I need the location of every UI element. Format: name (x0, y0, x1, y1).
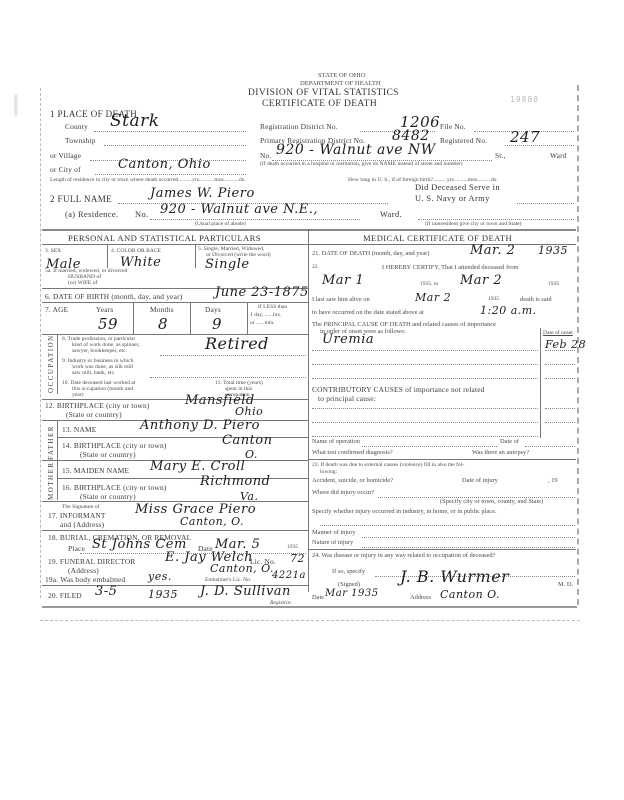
ward-label: Ward (550, 151, 567, 160)
operation-label: Name of operation (312, 438, 360, 445)
personal-section-title: PERSONAL AND STATISTICAL PARTICULARS (68, 233, 261, 243)
father-side-label: FATHER (47, 425, 55, 460)
city-label: or City of (50, 165, 81, 174)
file-no-stamp: 19888 (510, 95, 539, 104)
occupation-side-label: OCCUPATION (47, 334, 55, 393)
less-label-3: or ......min. (250, 320, 275, 326)
nature-label: Nature of injury (312, 539, 353, 546)
birthplace-label: 12. BIRTHPLACE (city or town) (45, 401, 150, 410)
header-state: STATE OF OHIO (318, 72, 365, 79)
operation-date-label: Date of (500, 438, 519, 445)
trade-value: Retired (205, 334, 269, 353)
city-value: Canton, Ohio (118, 157, 211, 172)
village-label: or Village (50, 151, 81, 160)
marital-value: Single (205, 257, 250, 272)
registered-no-value: 247 (510, 128, 540, 146)
military-q1: Did Deceased Serve in (415, 183, 500, 192)
where-note: (Specify city or town, county, and State… (440, 498, 543, 505)
embalmer-lic-label: Embalmer's Lic. No. (205, 577, 251, 583)
birthplace-state-value: Ohio (235, 405, 263, 418)
manner-label: Manner of injury (312, 529, 356, 536)
burial-year: 1935 (287, 544, 298, 550)
mother-name-value: Mary E. Croll (150, 459, 245, 474)
embalmed-value: yes. (148, 570, 172, 583)
months-label: Months (150, 305, 174, 314)
township-label: Township (65, 136, 96, 145)
filed-label: 20. FILED (48, 591, 82, 600)
where-label: Where did injury occur? (312, 489, 374, 496)
father-bp-label: 14. BIRTHPLACE (city or town) (62, 441, 167, 450)
date-label: Date (312, 594, 324, 601)
full-name-label: 2 FULL NAME (50, 194, 112, 204)
street-no-label: No. (260, 151, 271, 160)
mother-name-label: 15. MAIDEN NAME (62, 466, 129, 475)
county-label: County (65, 122, 88, 131)
funeral-address-label: (Address) (68, 566, 99, 575)
time-of-death: 1:20 a.m. (480, 304, 537, 317)
principal-cause: Uremia (322, 332, 374, 347)
medical-section-title: MEDICAL CERTIFICATE OF DEATH (363, 233, 512, 243)
certify-num: 22. (312, 264, 319, 270)
md-label: M. D. (558, 581, 573, 588)
less-label-2: 1 day, ......hrs. (250, 312, 281, 318)
burial-place-label: Place (68, 544, 85, 553)
external-label-1: 23. If death was due to external causes … (312, 462, 464, 468)
funeral-address-value: Canton, O. (210, 562, 274, 575)
header-division: DIVISION OF VITAL STATISTICS (248, 88, 399, 98)
age-label: 7. AGE (45, 305, 68, 314)
st-label: St., (495, 151, 506, 160)
filed-year: 1935 (148, 588, 178, 601)
specify-label: Specify whether injury occurred in indus… (312, 508, 497, 515)
last-worked-label-3: year) (72, 392, 84, 398)
attended-to: Mar 2 (460, 273, 502, 288)
full-name-value: James W. Piero (150, 186, 255, 201)
trade-label-3: sawyer, bookkeeper, etc. (72, 348, 127, 354)
county-value: Stark (110, 111, 160, 131)
mother-side-label: MOTHER (47, 461, 55, 500)
residence-value: 920 - Walnut ave N.E., (160, 202, 318, 217)
mother-bp-state-label: (State or country) (80, 492, 136, 501)
attended-from-year: 1935, to (420, 281, 438, 287)
dod-value: Mar. 2 (470, 243, 515, 258)
last-saw-value: Mar 2 (415, 291, 451, 304)
informant-label-2: 17. INFORMANT (48, 511, 106, 520)
industry-label-3: saw mill, bank, etc. (72, 370, 116, 376)
cause-label-1: The PRINCIPAL CAUSE OF DEATH and related… (312, 321, 496, 328)
attended-to-year: 1935 (548, 281, 559, 287)
nonresident-note: (If nonresident give city or town and St… (425, 221, 521, 227)
reg-district-label: Registration District No. (260, 122, 338, 131)
test-label: What test confirmed diagnosis? (312, 449, 393, 456)
informant-label-3: and (Address) (60, 520, 104, 529)
autopsy-label: Was there an autopsy? (472, 449, 529, 456)
occupation-related-label: 24. Was disease or injury in any way rel… (312, 552, 495, 559)
last-saw-label: I last saw him alive on (312, 296, 370, 303)
father-bp-value: Canton (222, 433, 273, 448)
age-days-value: 9 (212, 315, 222, 333)
spouse-label-3: (or) WIFE of (68, 280, 97, 286)
external-label-2: lowing: (320, 469, 337, 475)
street-value: 920 - Walnut ave NW (276, 142, 436, 158)
residence-label: (a) Residence. (65, 210, 119, 219)
sex-label: 3. SEX (45, 248, 61, 254)
registered-no-label: Registered No. (440, 136, 487, 145)
if-so-label: If so, specify (332, 568, 365, 575)
certify-text: I HEREBY CERTIFY, That I attended deceas… (382, 264, 519, 271)
dod-year: 1935 (538, 244, 568, 257)
dob-value: June 23-1875 (215, 285, 309, 300)
hospital-note: (If death occurred in a hospital or inst… (260, 161, 463, 167)
file-no-label: File No. (440, 122, 466, 131)
days-label: Days (205, 305, 221, 314)
physician-signature: J. B. Wurmer (400, 567, 509, 586)
dod-label: 21. DATE OF DEATH (month, day, and year) (312, 250, 429, 257)
registrar-signature: J. D. Sullivan (200, 584, 291, 599)
injury-date-label: Date of injury (462, 477, 498, 484)
embalmer-lic-value: 4221a (272, 570, 306, 581)
informant-label-1: The Signature of (62, 504, 100, 510)
sign-date: Mar 1935 (325, 588, 379, 599)
death-said: death is said (520, 296, 552, 303)
left-edge (40, 88, 41, 598)
father-bp-state-label: (State or country) (80, 450, 136, 459)
address-label: Address (410, 594, 431, 601)
signed-label: (Signed) (338, 581, 360, 588)
funeral-label: 19. FUNERAL DIRECTOR (48, 557, 136, 566)
filed-date-value: 3-5 (95, 584, 117, 599)
accident-label: Accident, suicide, or homicide? (312, 477, 393, 484)
injury-year-label: , 19 (548, 477, 558, 484)
years-label: Years (96, 305, 114, 314)
contributory-label-1: CONTRIBUTORY CAUSES of importance not re… (312, 385, 485, 394)
last-saw-year: 1935 (488, 296, 499, 302)
header-title: CERTIFICATE OF DEATH (262, 99, 377, 109)
attended-from: Mar 1 (322, 273, 364, 288)
father-name-value: Anthony D. Piero (140, 418, 260, 433)
dob-label: 6. DATE OF BIRTH (month, day, and year) (45, 292, 182, 301)
race-label: 4. COLOR OR RACE (111, 248, 161, 254)
less-label-1: If LESS than (258, 304, 287, 310)
occurred-label: to have occurred on the date stated abov… (312, 309, 424, 316)
age-months-value: 8 (158, 315, 168, 333)
embalmed-label: 19a. Was body embalmed (45, 575, 125, 584)
residence-no: No. (135, 210, 149, 219)
ward-label-2: Ward. (380, 210, 402, 219)
military-q2: U. S. Navy or Army (415, 194, 490, 203)
contributory-label-2: to principal cause: (318, 394, 376, 403)
physician-address: Canton O. (440, 588, 500, 601)
age-years-value: 59 (98, 315, 118, 333)
usual-place: (Usual place of abode) (195, 221, 246, 227)
informant-address: Canton, O. (180, 515, 244, 528)
mother-bp-label: 16. BIRTHPLACE (city or town) (62, 483, 167, 492)
father-name-label: 13. NAME (62, 425, 96, 434)
margin-stamp: ▒▒▒ (14, 95, 19, 116)
lic-value: 72 (290, 552, 305, 565)
residence-length: Length of residence in city or town wher… (50, 177, 245, 183)
header-department: DEPARTMENT OF HEALTH (300, 80, 381, 87)
mother-bp-value: Richmond (200, 474, 270, 489)
onset-label: Date of onset (543, 330, 573, 336)
birthplace-state-label: (State or country) (66, 410, 122, 419)
